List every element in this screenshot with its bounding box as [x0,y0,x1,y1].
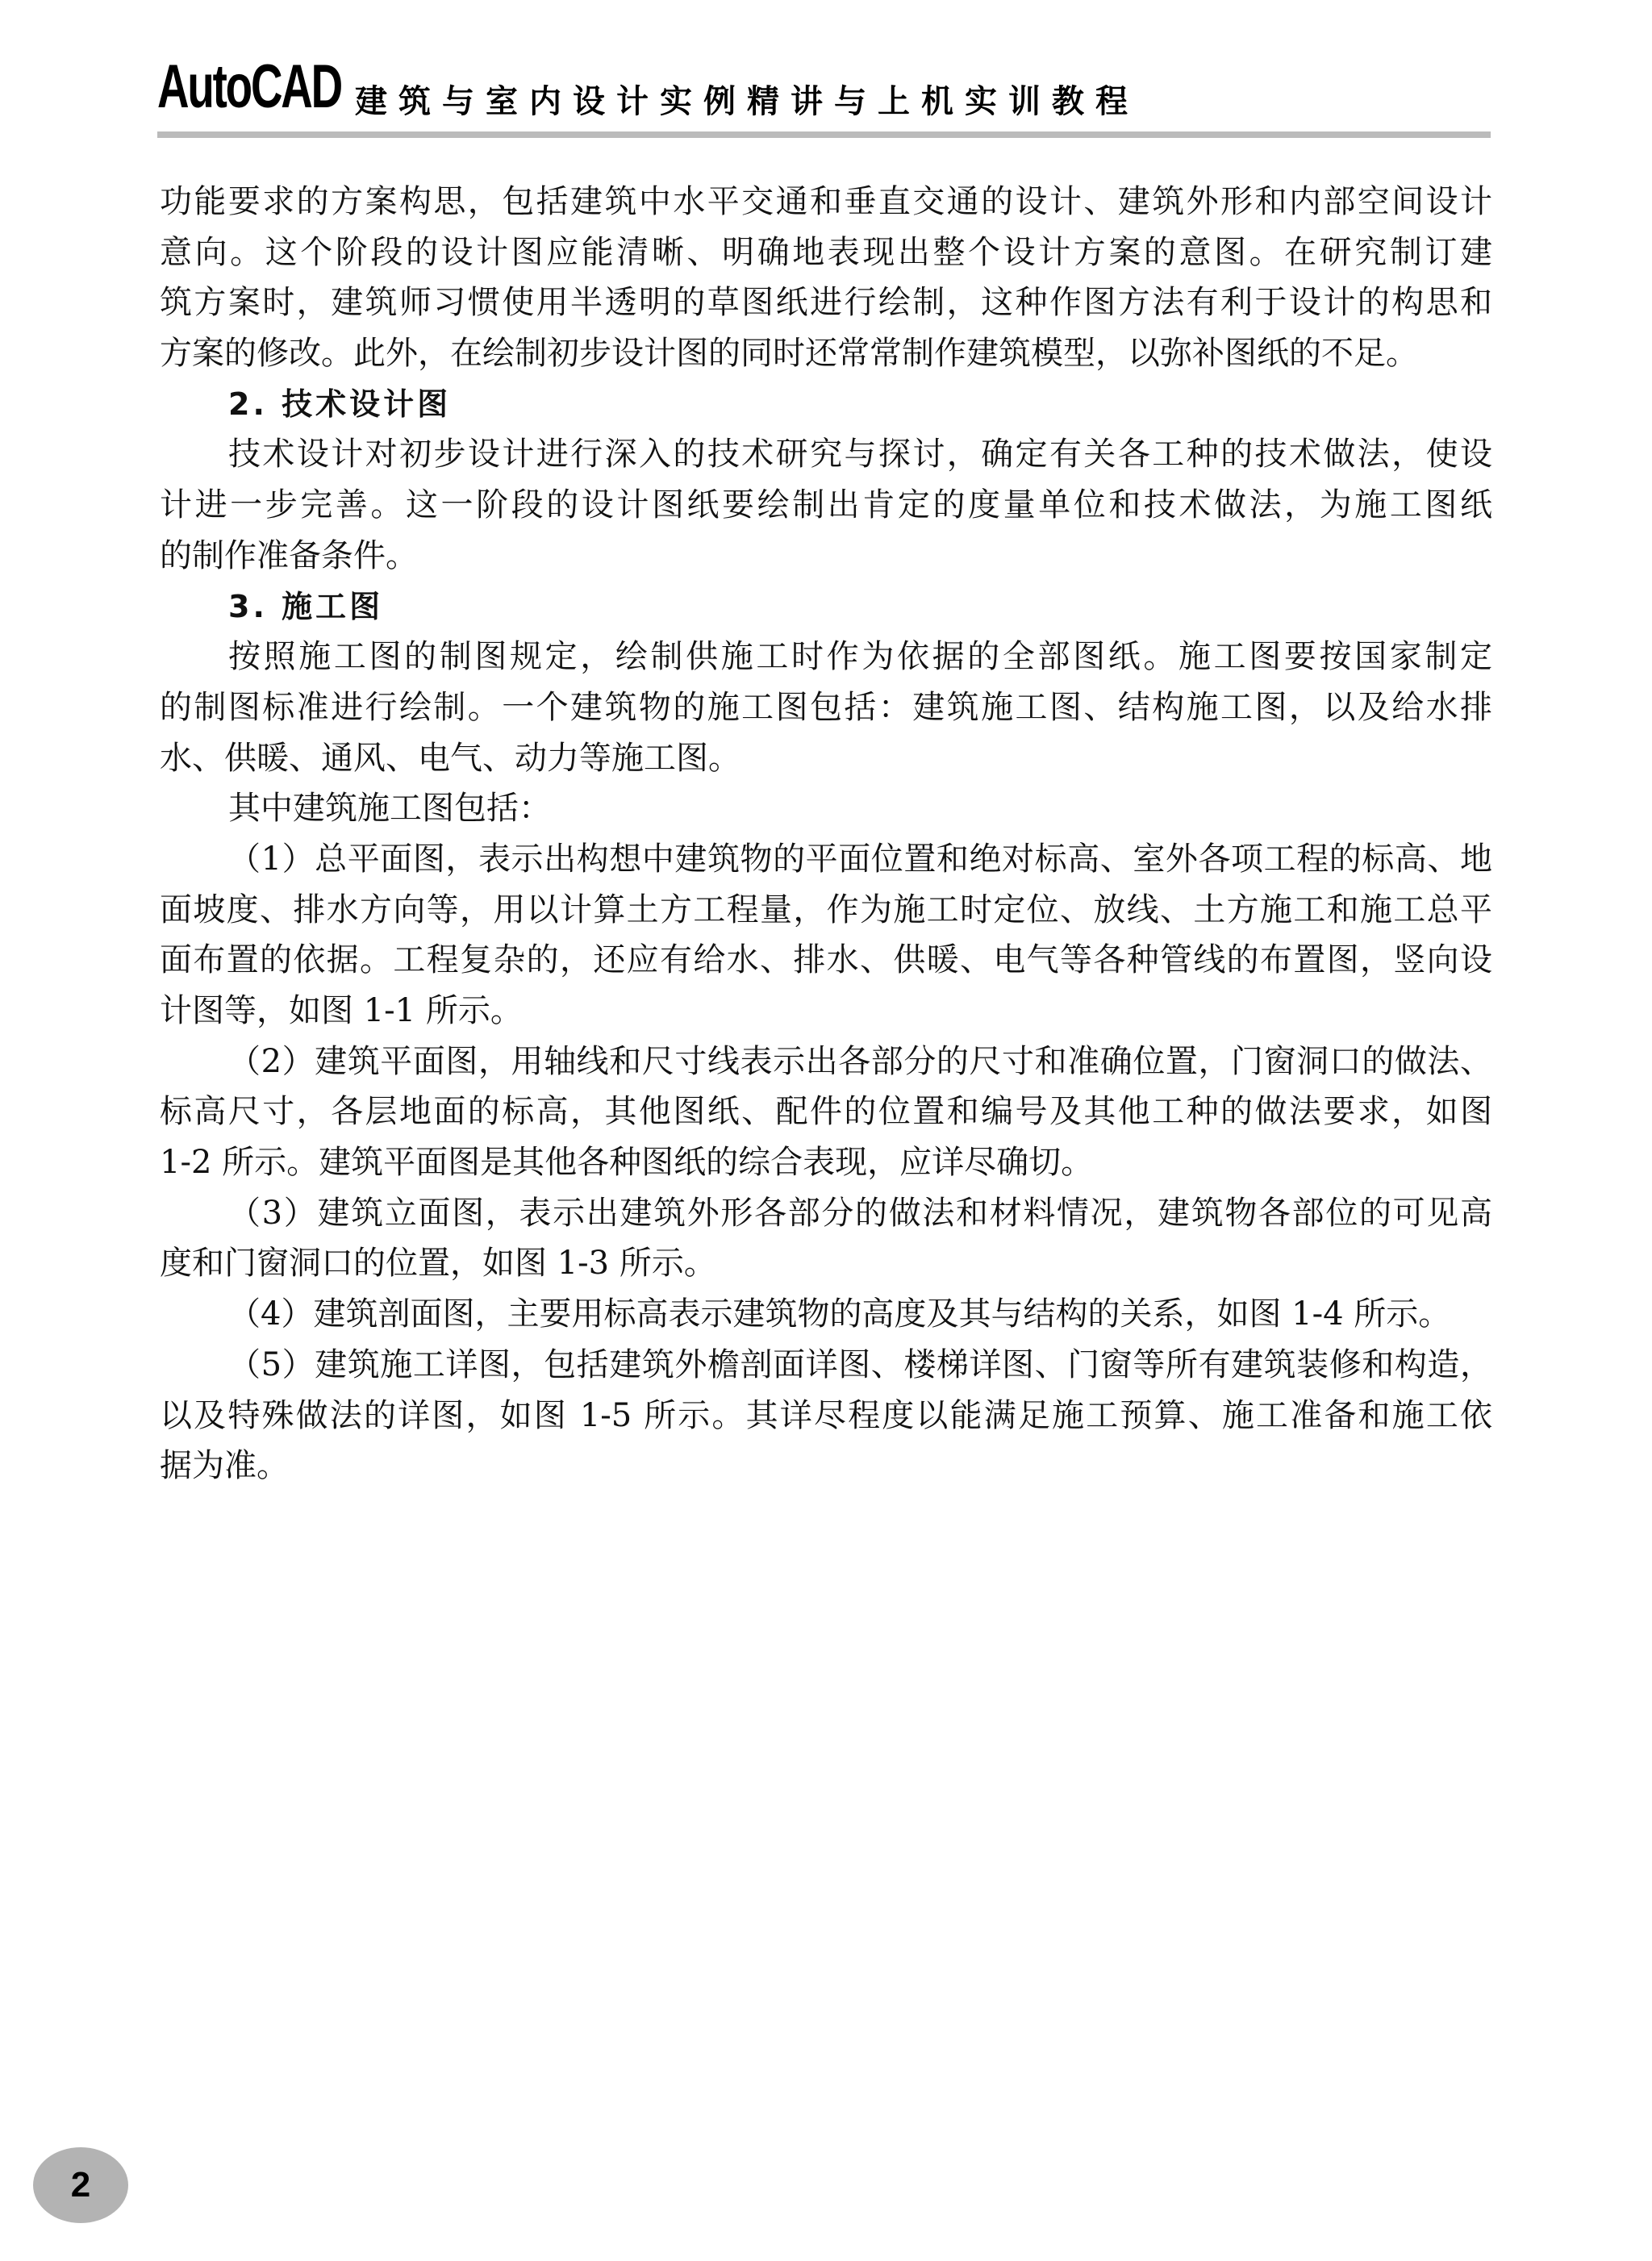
body-line: 其中建筑施工图包括： [160,783,1492,834]
list-item-4: （4）建筑剖面图，主要用标高表示建筑物的高度及其与结构的关系，如图 1-4 所示… [160,1289,1492,1340]
body-line: 面坡度、排水方向等，用以计算土方工程量，作为施工时定位、放线、土方施工和施工总平 [160,885,1492,936]
body-line: 面布置的依据。工程复杂的，还应有给水、排水、供暖、电气等各种管线的布置图，竖向设 [160,935,1492,986]
running-header: AutoCAD 建筑与室内设计实例精讲与上机实训教程 [157,53,1491,142]
page-number-badge: 2 [33,2147,128,2223]
body-line: 技术设计对初步设计进行深入的技术研究与探讨，确定有关各工种的技术做法，使设 [160,429,1492,480]
body-line: 度和门窗洞口的位置，如图 1-3 所示。 [160,1238,1492,1289]
body-line: 按照施工图的制图规定，绘制供施工时作为依据的全部图纸。施工图要按国家制定 [160,632,1492,682]
body-line: 水、供暖、通风、电气、动力等施工图。 [160,733,1492,784]
body-line: 计进一步完善。这一阶段的设计图纸要绘制出肯定的度量单位和技术做法，为施工图纸 [160,480,1492,531]
list-item-5: （5）建筑施工详图，包括建筑外檐剖面详图、楼梯详图、门窗等所有建筑装修和构造， [160,1340,1492,1391]
book-title: 建筑与室内设计实例精讲与上机实训教程 [355,84,1139,119]
brand-title: AutoCAD [157,56,341,118]
list-item-2: （2）建筑平面图，用轴线和尺寸线表示出各部分的尺寸和准确位置，门窗洞口的做法、 [160,1037,1492,1087]
page-number: 2 [71,2167,90,2203]
body-line: 意向。这个阶段的设计图应能清晰、明确地表现出整个设计方案的意图。在研究制订建 [160,227,1492,278]
body-line: 据为准。 [160,1441,1492,1491]
list-item-1: （1）总平面图，表示出构想中建筑物的平面位置和绝对标高、室外各项工程的标高、地 [160,834,1492,885]
body-line: 标高尺寸，各层地面的标高，其他图纸、配件的位置和编号及其他工种的做法要求，如图 [160,1087,1492,1137]
body-line: 方案的修改。此外，在绘制初步设计图的同时还常常制作建筑模型，以弥补图纸的不足。 [160,328,1492,379]
section-heading-technical-design: 2. 技术设计图 [160,379,1492,430]
body-line: 1-2 所示。建筑平面图是其他各种图纸的综合表现，应详尽确切。 [160,1137,1492,1188]
body-line: 功能要求的方案构思，包括建筑中水平交通和垂直交通的设计、建筑外形和内部空间设计 [160,177,1492,227]
body-line: 筑方案时，建筑师习惯使用半透明的草图纸进行绘制，这种作图方法有利于设计的构思和 [160,277,1492,328]
body-line: 计图等，如图 1-1 所示。 [160,986,1492,1037]
header-rule-divider [157,131,1491,138]
section-heading-construction-drawing: 3. 施工图 [160,582,1492,632]
body-line: 以及特殊做法的详图，如图 1-5 所示。其详尽程度以能满足施工预算、施工准备和施… [160,1391,1492,1441]
list-item-3: （3）建筑立面图，表示出建筑外形各部分的做法和材料情况，建筑物各部位的可见高 [160,1188,1492,1239]
body-line: 的制图标准进行绘制。一个建筑物的施工图包括：建筑施工图、结构施工图，以及给水排 [160,682,1492,733]
page-body: 功能要求的方案构思，包括建筑中水平交通和垂直交通的设计、建筑外形和内部空间设计 … [160,177,1492,1491]
body-line: 的制作准备条件。 [160,531,1492,582]
